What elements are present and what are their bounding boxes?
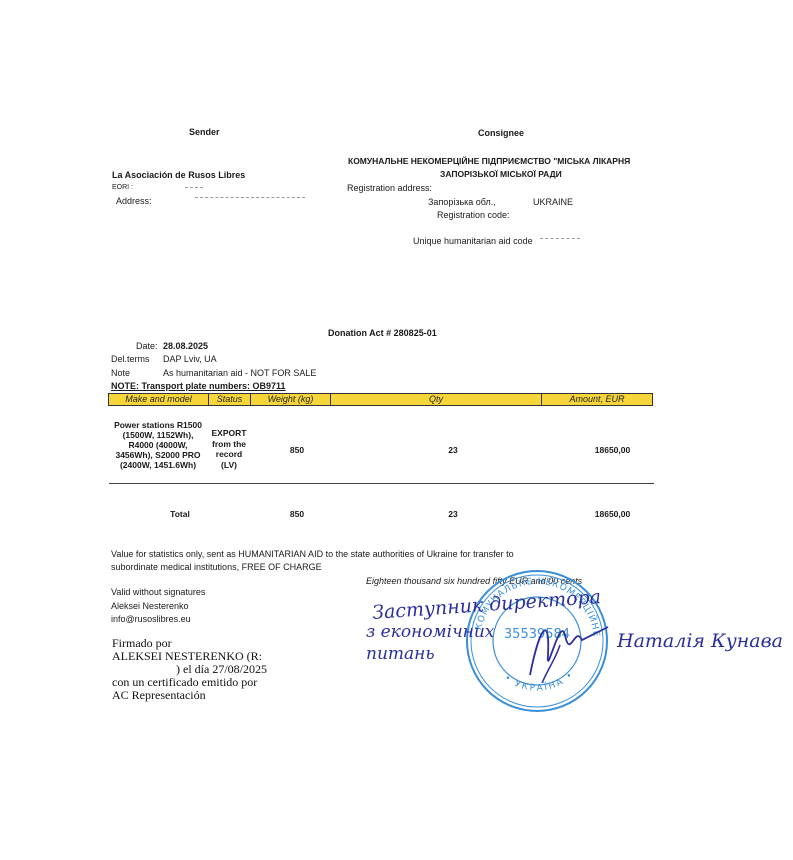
handwritten-position-line2: з економічних <box>366 622 494 642</box>
col-make-model: Make and model <box>109 394 209 405</box>
digital-signature-line: AC Representación <box>112 689 267 702</box>
status-line: record <box>206 449 252 460</box>
handwritten-signer-name: Наталія Кунава <box>617 630 783 652</box>
aid-code-label: Unique humanitarian aid code <box>413 236 533 246</box>
note-label: Note <box>111 368 130 378</box>
consignee-region: Запорізька обл., <box>428 197 496 207</box>
table-divider <box>109 483 654 484</box>
model-line: (1500W, 1152Wh), <box>108 430 208 440</box>
weight-cell: 850 <box>252 445 342 455</box>
status-line: from the <box>206 439 252 450</box>
status-line: (LV) <box>206 460 252 471</box>
note-value: As humanitarian aid - NOT FOR SALE <box>163 368 316 378</box>
qty-cell: 23 <box>342 445 564 455</box>
status-cell: EXPORT from the record (LV) <box>206 428 252 470</box>
signatory-email: info@rusoslibres.eu <box>111 614 191 624</box>
redacted-address <box>195 197 305 199</box>
amount-cell: 18650,00 <box>570 445 655 455</box>
model-cell: Power stations R1500 (1500W, 1152Wh), R4… <box>108 420 208 470</box>
total-weight: 850 <box>252 509 342 519</box>
total-amount: 18650,00 <box>570 509 655 519</box>
statement-line2: subordinate medical institutions, FREE O… <box>111 562 322 572</box>
delterms-label: Del.terms <box>111 354 150 364</box>
registration-address-label: Registration address: <box>347 183 432 193</box>
consignee-heading: Consignee <box>478 128 524 138</box>
date-label: Date: <box>136 341 158 351</box>
table-header: Make and model Status Weight (kg) Qty Am… <box>108 393 653 406</box>
consignee-name-line2: ЗАПОРІЗЬКОЇ МІСЬКОЇ РАДИ <box>440 169 562 179</box>
col-amount: Amount, EUR <box>542 394 652 405</box>
signature-scribble-icon <box>520 605 610 685</box>
sender-eori-label: EORI : <box>112 184 133 191</box>
sender-name: La Asociación de Rusos Libres <box>112 170 245 180</box>
digital-signature-block: Firmado por ALEKSEI NESTERENKO (R: ) el … <box>112 637 267 702</box>
donation-act-title: Donation Act # 280825-01 <box>328 328 437 338</box>
model-line: 3456Wh), S2000 PRO <box>108 450 208 460</box>
model-line: Power stations R1500 <box>108 420 208 430</box>
model-line: (2400W, 1451.6Wh) <box>108 460 208 470</box>
validity-note: Valid without signatures <box>111 587 205 597</box>
consignee-country: UKRAINE <box>533 197 573 207</box>
status-line: EXPORT <box>206 428 252 439</box>
handwritten-signature <box>520 605 610 690</box>
redacted-aid-code <box>540 238 580 240</box>
statement-line1: Value for statistics only, sent as HUMAN… <box>111 549 514 559</box>
total-qty: 23 <box>342 509 564 519</box>
redacted-eori <box>185 187 203 189</box>
model-line: R4000 (4000W, <box>108 440 208 450</box>
col-qty: Qty <box>331 394 542 405</box>
handwritten-position-line3: питань <box>366 644 435 664</box>
registration-code-label: Registration code: <box>437 210 510 220</box>
col-weight: Weight (kg) <box>251 394 331 405</box>
sender-address-label: Address: <box>116 196 152 206</box>
delterms-value: DAP Lviv, UA <box>163 354 217 364</box>
sender-heading: Sender <box>189 127 220 137</box>
transport-note: NOTE: Transport plate numbers: OB9711 <box>111 381 286 391</box>
signatory-name: Aleksei Nesterenko <box>111 601 189 611</box>
consignee-name-line1: КОМУНАЛЬНЕ НЕКОМЕРЦІЙНЕ ПІДПРИЄМСТВО "МІ… <box>348 156 630 166</box>
total-label: Total <box>150 509 210 519</box>
date-value: 28.08.2025 <box>163 341 208 351</box>
col-status: Status <box>209 394 251 405</box>
